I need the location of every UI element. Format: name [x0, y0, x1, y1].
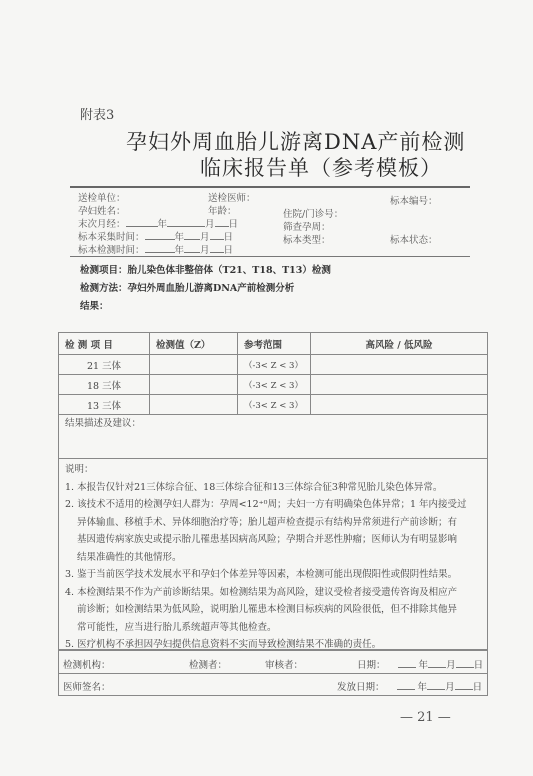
institution-label: 检测机构： [63, 657, 111, 671]
day-label: 日 [224, 245, 234, 256]
result-label: 结果： [80, 298, 109, 312]
table-row: 18 三体 （-3< Z < 3） [59, 375, 488, 395]
send-unit-label: 送检单位： [78, 190, 126, 204]
col-header-item: 检 测 项 目 [59, 333, 150, 355]
sample-type-label: 标本类型： [283, 232, 331, 246]
col-header-value: 检测值（Z） [150, 333, 238, 355]
description-label: 结果描述及建议： [65, 418, 141, 429]
year-label: 年 [418, 682, 428, 693]
screening-week-label: 筛查孕周： [283, 219, 331, 233]
last-period-field: 末次月经：年月日 [78, 216, 238, 230]
note-item-2: 2. 该技术不适用的检测孕妇人群为：孕周<12⁺⁰周；夫妇一方有明确染色体异常；… [65, 496, 481, 514]
footer-row-doctor: 医师签名： 发放日期： 年月日 [58, 674, 488, 696]
row-range: （-3< Z < 3） [238, 375, 311, 395]
issue-date-label: 发放日期： [337, 682, 385, 693]
info-divider [70, 256, 470, 257]
month-label: 月 [446, 660, 456, 671]
day-label: 日 [474, 660, 484, 671]
date-field: 日期： 年月日 [357, 657, 483, 671]
year-label: 年 [175, 245, 185, 256]
page-number: — 21 — [400, 710, 451, 725]
note-item-2-cont: 结果准确性的其他情形。 [65, 549, 481, 567]
test-time-field: 标本检测时间：年月日 [78, 242, 233, 256]
notes-label: 说明： [65, 461, 481, 479]
sample-status-label: 标本状态： [390, 232, 438, 246]
row-value[interactable] [150, 355, 238, 375]
note-item-2-cont: 基因遗传病家族史或提示胎儿罹患基因病高风险；孕期合并恶性肿瘤；医师认为有明显影响 [65, 531, 481, 549]
description-box[interactable]: 结果描述及建议： [58, 412, 488, 459]
table-header-row: 检 测 项 目 检测值（Z） 参考范围 高风险 / 低风险 [59, 333, 488, 355]
doctor-sign-label: 医师签名： [63, 679, 111, 693]
collect-time-field: 标本采集时间：年月日 [78, 229, 233, 243]
note-item-1: 1. 本报告仅针对21三体综合征、18三体综合征和13三体综合征3种常见胎儿染色… [65, 479, 481, 497]
reviewer-label: 审核者： [265, 657, 303, 671]
row-value[interactable] [150, 375, 238, 395]
admission-no-label: 住院/门诊号： [283, 206, 343, 220]
date-label: 日期： [357, 660, 386, 671]
test-time-label: 标本检测时间： [78, 245, 145, 256]
note-item-4-cont: 常可能性，应当进行胎儿系统超声等其他检查。 [65, 619, 481, 637]
year-label: 年 [419, 660, 429, 671]
tester-label: 检测者： [189, 657, 227, 671]
day-label: 日 [473, 682, 483, 693]
row-risk[interactable] [311, 375, 488, 395]
row-risk[interactable] [311, 355, 488, 375]
send-doctor-label: 送检医师： [208, 190, 256, 204]
notes-box: 说明： 1. 本报告仅针对21三体综合征、18三体综合征和13三体综合征3种常见… [58, 459, 488, 650]
test-method: 检测方法：孕妇外周血胎儿游离DNA产前检测分析 [80, 280, 294, 294]
row-range: （-3< Z < 3） [238, 355, 311, 375]
row-item: 21 三体 [59, 355, 150, 375]
month-label: 月 [200, 245, 210, 256]
test-item: 检测项目：胎儿染色体非整倍体（T21、T18、T13）检测 [80, 262, 331, 276]
note-item-4: 4. 本检测结果不作为产前诊断结果。如检测结果为高风险，建议受检者接受遗传咨询及… [65, 584, 481, 602]
col-header-risk: 高风险 / 低风险 [311, 333, 488, 355]
col-header-range: 参考范围 [238, 333, 311, 355]
note-item-2-cont: 异体输血、移植手术、异体细胞治疗等；胎儿超声检查提示有结构异常须进行产前诊断；有 [65, 514, 481, 532]
sample-no-label: 标本编号： [390, 193, 438, 207]
header-rule [70, 186, 470, 188]
month-label: 月 [445, 682, 455, 693]
footer-row-institution: 检测机构： 检测者： 审核者： 日期： 年月日 [58, 650, 488, 674]
note-item-3: 3. 鉴于当前医学技术发展水平和孕妇个体差异等因素，本检测可能出现假阳性或假阴性… [65, 566, 481, 584]
table-row: 21 三体 （-3< Z < 3） [59, 355, 488, 375]
age-label: 年龄： [208, 203, 237, 217]
note-item-4-cont: 前诊断；如检测结果为低风险，说明胎儿罹患本检测目标疾病的风险很低，但不排除其他异 [65, 601, 481, 619]
results-table: 检 测 项 目 检测值（Z） 参考范围 高风险 / 低风险 21 三体 （-3<… [58, 332, 488, 415]
patient-name-label: 孕妇姓名： [78, 203, 126, 217]
appendix-label: 附表3 [80, 104, 114, 123]
issue-date-field: 发放日期： 年月日 [337, 679, 482, 693]
row-item: 18 三体 [59, 375, 150, 395]
report-title-line2: 临床报告单（参考模板） [200, 152, 442, 182]
